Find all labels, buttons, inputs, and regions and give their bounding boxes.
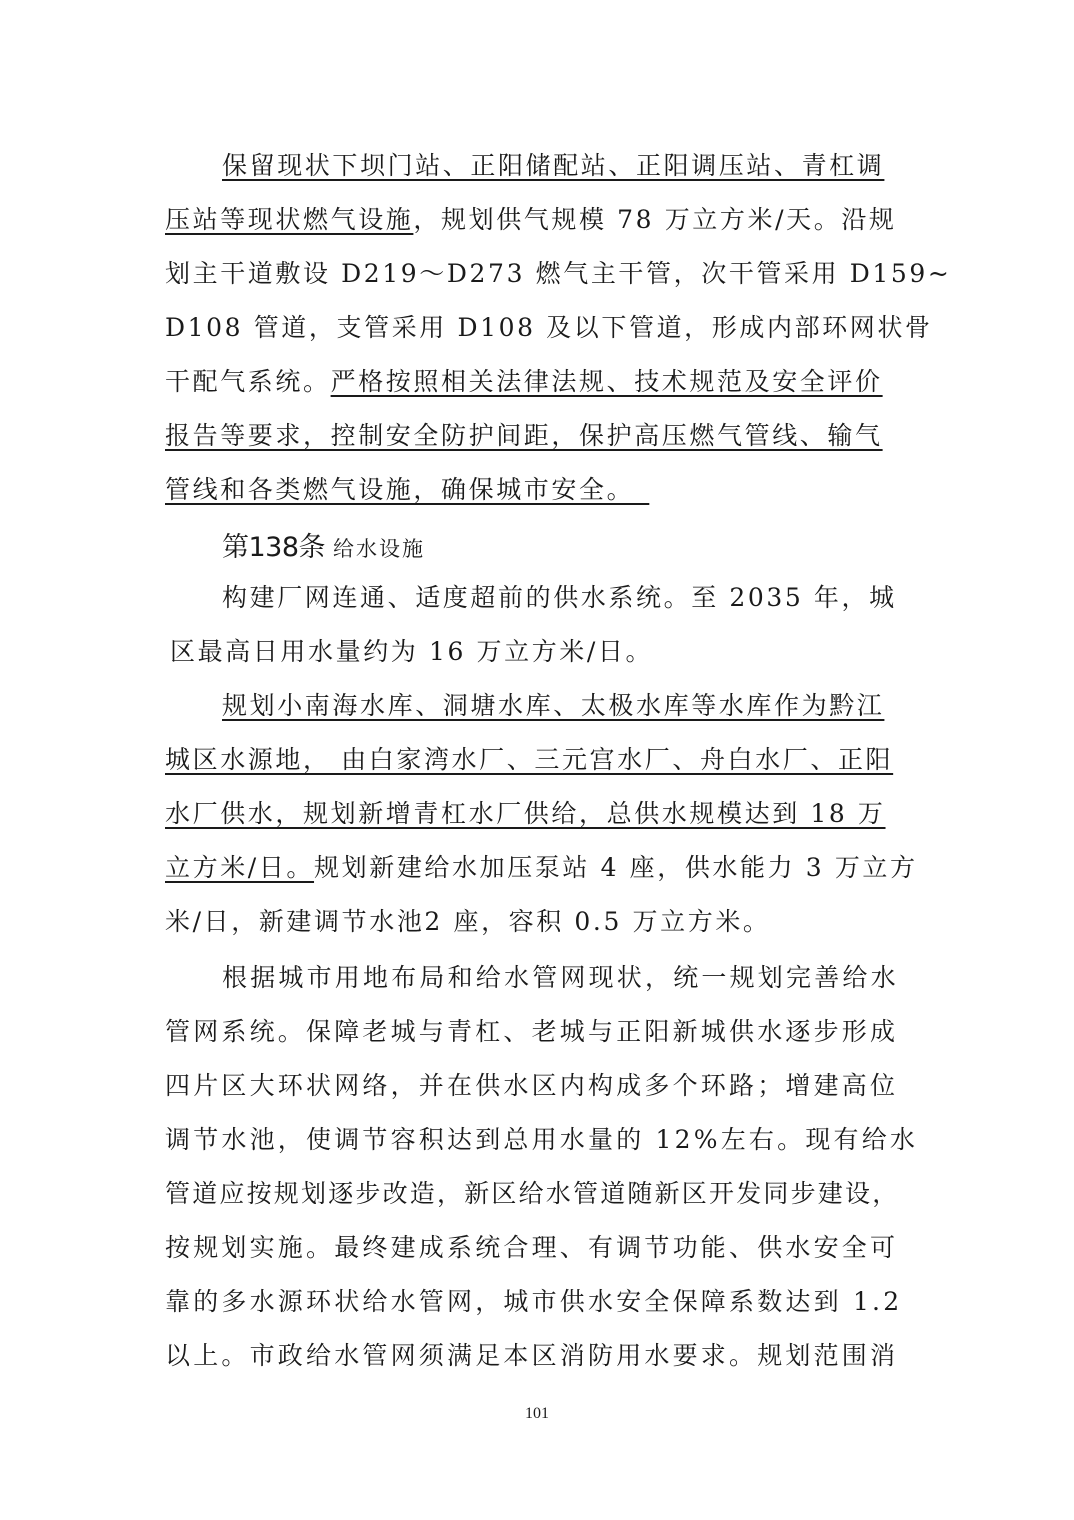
plain-text: 规划新建给水加压泵站 4 座，供水能力 3 万立方 xyxy=(314,853,918,882)
plain-text: 管道应按规划逐步改造，新区给水管道随新区开发同步建设， xyxy=(165,1179,899,1208)
underlined-text: 规划小南海水库、洞塘水库、太极水库等水库作为黔江 xyxy=(222,691,884,720)
text-line: 按规划实施。最终建成系统合理、有调节功能、供水安全可 xyxy=(165,1232,898,1264)
text-line: 四片区大环状网络，并在供水区内构成多个环路；增建高位 xyxy=(165,1070,898,1102)
text-line: 构建厂网连通、适度超前的供水系统。至 2035 年，城 xyxy=(222,582,897,614)
article-title: 给水设施 xyxy=(333,537,425,561)
plain-text: 管网系统。保障老城与青杠、老城与正阳新城供水逐步形成 xyxy=(165,1017,898,1046)
text-line: 立方米/日。规划新建给水加压泵站 4 座，供水能力 3 万立方 xyxy=(165,852,918,884)
plain-text: 四片区大环状网络，并在供水区内构成多个环路；增建高位 xyxy=(165,1071,898,1100)
text-line: 报告等要求，控制安全防护间距，保护高压燃气管线、输气 xyxy=(165,420,883,452)
plain-text: 干配气系统。 xyxy=(165,367,331,396)
plain-text: 米/日，新建调节水池2 座，容积 0.5 万立方米。 xyxy=(165,907,771,936)
text-line: 以上。市政给水管网须满足本区消防用水要求。规划范围消 xyxy=(165,1340,898,1372)
plain-text: 划主干道敷设 D219～D273 燃气主干管，次干管采用 D159~ xyxy=(165,259,951,288)
underlined-text: 立方米/日。 xyxy=(165,853,314,882)
text-line: 根据城市用地布局和给水管网现状，统一规划完善给水 xyxy=(222,962,899,994)
text-line: 干配气系统。严格按照相关法律法规、技术规范及安全评价 xyxy=(165,366,883,398)
underlined-text: 压站等现状燃气设施 xyxy=(165,205,413,234)
plain-text: D108 管道，支管采用 D108 及以下管道，形成内部环网状骨 xyxy=(165,313,933,342)
text-line: 管网系统。保障老城与青杠、老城与正阳新城供水逐步形成 xyxy=(165,1016,898,1048)
plain-text: 构建厂网连通、适度超前的供水系统。至 2035 年，城 xyxy=(222,583,897,612)
text-line: 调节水池，使调节容积达到总用水量的 12%左右。现有给水 xyxy=(165,1124,918,1156)
underlined-text: 报告等要求，控制安全防护间距，保护高压燃气管线、输气 xyxy=(165,421,883,450)
underlined-text: 保留现状下坝门站、正阳储配站、正阳调压站、青杠调 xyxy=(222,151,884,180)
text-line: 靠的多水源环状给水管网，城市供水安全保障系数达到 1.2 xyxy=(165,1286,902,1318)
plain-text: 区最高日用水量约为 16 万立方米/日。 xyxy=(170,637,653,666)
plain-text: 根据城市用地布局和给水管网现状，统一规划完善给水 xyxy=(222,963,899,992)
text-line: 城区水源地， 由白家湾水厂、三元宫水厂、舟白水厂、正阳 xyxy=(165,744,893,776)
text-line: 管道应按规划逐步改造，新区给水管道随新区开发同步建设， xyxy=(165,1178,899,1210)
article-heading: 第138条给水设施 xyxy=(222,525,425,564)
text-line: 区最高日用水量约为 16 万立方米/日。 xyxy=(170,636,653,668)
text-line: 水厂供水，规划新增青杠水厂供给，总供水规模达到 18 万 xyxy=(165,798,886,830)
plain-text: 以上。市政给水管网须满足本区消防用水要求。规划范围消 xyxy=(165,1341,898,1370)
text-line: 规划小南海水库、洞塘水库、太极水库等水库作为黔江 xyxy=(222,690,884,722)
text-line: 压站等现状燃气设施，规划供气规模 78 万立方米/天。沿规 xyxy=(165,204,897,236)
text-line: D108 管道，支管采用 D108 及以下管道，形成内部环网状骨 xyxy=(165,312,933,344)
text-line: 保留现状下坝门站、正阳储配站、正阳调压站、青杠调 xyxy=(222,150,884,182)
underlined-text: 严格按照相关法律法规、技术规范及安全评价 xyxy=(331,367,883,396)
article-number: 第138条 xyxy=(222,532,325,563)
plain-text: 靠的多水源环状给水管网，城市供水安全保障系数达到 1.2 xyxy=(165,1287,902,1316)
plain-text: 调节水池，使调节容积达到总用水量的 12%左右。现有给水 xyxy=(165,1125,918,1154)
text-line: 米/日，新建调节水池2 座，容积 0.5 万立方米。 xyxy=(165,906,771,938)
page-number: 101 xyxy=(0,1405,1074,1423)
underlined-text: 城区水源地， 由白家湾水厂、三元宫水厂、舟白水厂、正阳 xyxy=(165,745,893,774)
text-line: 划主干道敷设 D219～D273 燃气主干管，次干管采用 D159~ xyxy=(165,258,951,290)
plain-text: 按规划实施。最终建成系统合理、有调节功能、供水安全可 xyxy=(165,1233,898,1262)
underlined-text: 管线和各类燃气设施，确保城市安全。 xyxy=(165,475,649,504)
underlined-text: 水厂供水，规划新增青杠水厂供给，总供水规模达到 18 万 xyxy=(165,799,886,828)
document-page: 保留现状下坝门站、正阳储配站、正阳调压站、青杠调 压站等现状燃气设施，规划供气规… xyxy=(0,0,1074,1520)
text-line: 管线和各类燃气设施，确保城市安全。 xyxy=(165,474,649,506)
plain-text: ，规划供气规模 78 万立方米/天。沿规 xyxy=(413,205,896,234)
